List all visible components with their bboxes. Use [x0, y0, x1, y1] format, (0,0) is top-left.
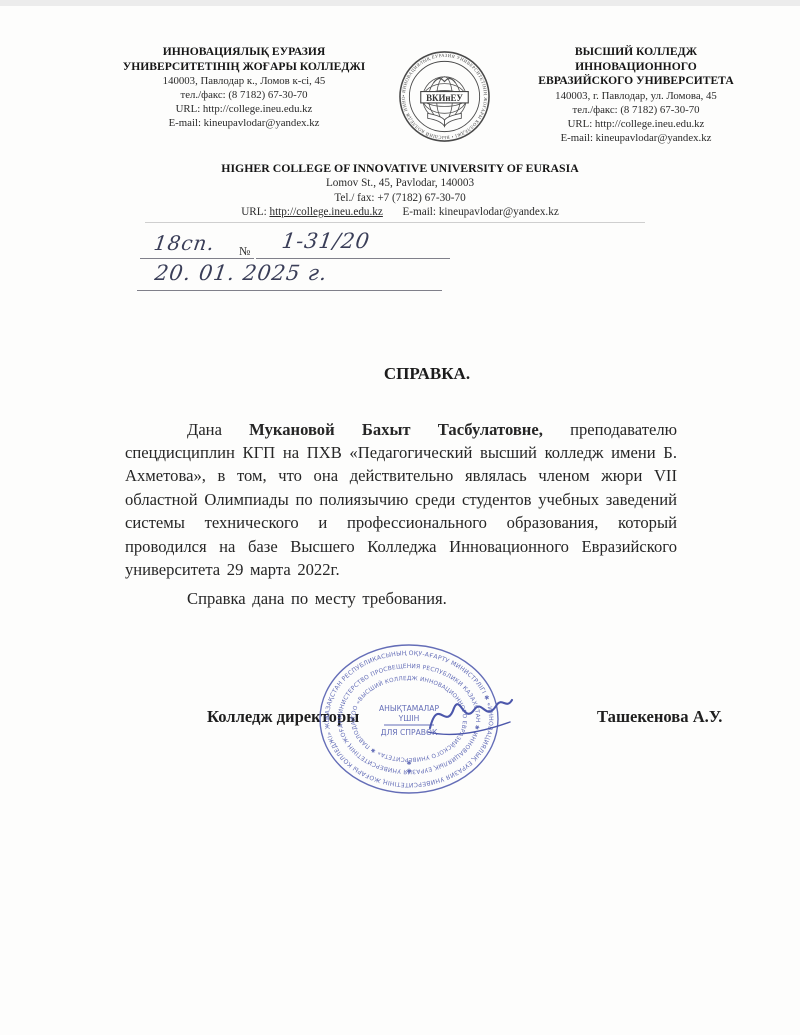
org-url-kk: URL: http://college.ineu.edu.kz	[108, 102, 380, 116]
letterhead-kazakh-block: ИННОВАЦИЯЛЫҚ ЕУРАЗИЯ УНИВЕРСИТЕТІНІҢ ЖОҒ…	[108, 45, 380, 130]
scan-edge-artifact	[0, 0, 800, 6]
letterhead-english-block: HIGHER COLLEGE OF INNOVATIVE UNIVERSITY …	[0, 161, 800, 220]
registration-prefix-field: 18сп.	[140, 231, 254, 259]
stamp-center-line2: ҮШІН	[398, 714, 420, 723]
org-contacts-en: URL: http://college.ineu.edu.kz E-mail: …	[0, 205, 800, 220]
url-label: URL:	[241, 206, 266, 218]
org-url-link: http://college.ineu.edu.kz	[269, 206, 382, 218]
open-book-icon	[428, 113, 462, 126]
body-paragraph-main: Дана Мукановой Бахыт Тасбулатовне, препо…	[125, 418, 677, 582]
org-name-ru: ВЫСШИЙ КОЛЛЕДЖ	[503, 45, 769, 60]
org-address-kk: 140003, Павлодар к., Ломов к-сі, 45	[108, 74, 380, 88]
p1-post: преподавателю спецдисциплин КГП на ПХВ «…	[125, 420, 677, 579]
org-address-en: Lomov St., 45, Pavlodar, 140003	[0, 176, 800, 191]
p1-pre: Дана	[187, 420, 249, 439]
registration-number-field: 1-31/20	[256, 229, 450, 259]
registration-date-field: 20. 01. 2025 г.	[137, 261, 442, 291]
director-signature-scribble	[424, 686, 516, 742]
number-sign: №	[239, 244, 250, 259]
handwritten-date: 20. 01. 2025 г.	[153, 261, 329, 285]
emblem-abbreviation: ВКИнЕУ	[426, 93, 463, 103]
scanned-certificate-page: ИННОВАЦИЯЛЫҚ ЕУРАЗИЯ УНИВЕРСИТЕТІНІҢ ЖОҒ…	[0, 0, 800, 1035]
letterhead-russian-block: ВЫСШИЙ КОЛЛЕДЖ ИННОВАЦИОННОГО ЕВРАЗИЙСКО…	[503, 45, 769, 145]
stamp-star: ✱	[406, 760, 411, 767]
org-phone-kk: тел./факс: (8 7182) 67-30-70	[108, 88, 380, 102]
org-address-ru: 140003, г. Павлодар, ул. Ломова, 45	[503, 89, 769, 103]
email-label: E-mail:	[402, 206, 436, 218]
emblem-banner: ВКИнЕУ	[421, 92, 468, 103]
handwritten-number: 1-31/20	[280, 229, 371, 253]
org-name-ru: ЕВРАЗИЙСКОГО УНИВЕРСИТЕТА	[503, 74, 769, 89]
stamp-star: ✱	[406, 768, 411, 775]
org-name-ru: ИННОВАЦИОННОГО	[503, 60, 769, 75]
handwritten-prefix: 18сп.	[152, 231, 216, 255]
org-name-kk: ИННОВАЦИЯЛЫҚ ЕУРАЗИЯ	[108, 45, 380, 60]
letterhead-divider	[145, 222, 645, 223]
org-email-en: kineupavlodar@yandex.kz	[439, 206, 559, 218]
org-url-ru: URL: http://college.ineu.edu.kz	[503, 117, 769, 131]
document-title: СПРАВКА.	[0, 364, 800, 384]
org-phone-en: Tel./ fax: +7 (7182) 67-30-70	[0, 191, 800, 206]
org-name-kk: УНИВЕРСИТЕТІНІҢ ЖОҒАРЫ КОЛЛЕДЖІ	[108, 60, 380, 75]
org-phone-ru: тел./факс: (8 7182) 67-30-70	[503, 103, 769, 117]
recipient-name: Мукановой Бахыт Тасбулатовне,	[249, 420, 543, 439]
org-name-en: HIGHER COLLEGE OF INNOVATIVE UNIVERSITY …	[0, 161, 800, 176]
college-emblem-seal: • ИННОВАЦИЯЛЫҚ ЕУРАЗИЯ УНИВЕРСИТЕТІНІҢ Ж…	[398, 50, 491, 143]
signer-name: Ташекенова А.У.	[597, 707, 722, 727]
org-email-ru: E-mail: kineupavlodar@yandex.kz	[503, 131, 769, 145]
org-email-kk: E-mail: kineupavlodar@yandex.kz	[108, 116, 380, 130]
body-paragraph-closing: Справка дана по месту требования.	[125, 587, 677, 610]
